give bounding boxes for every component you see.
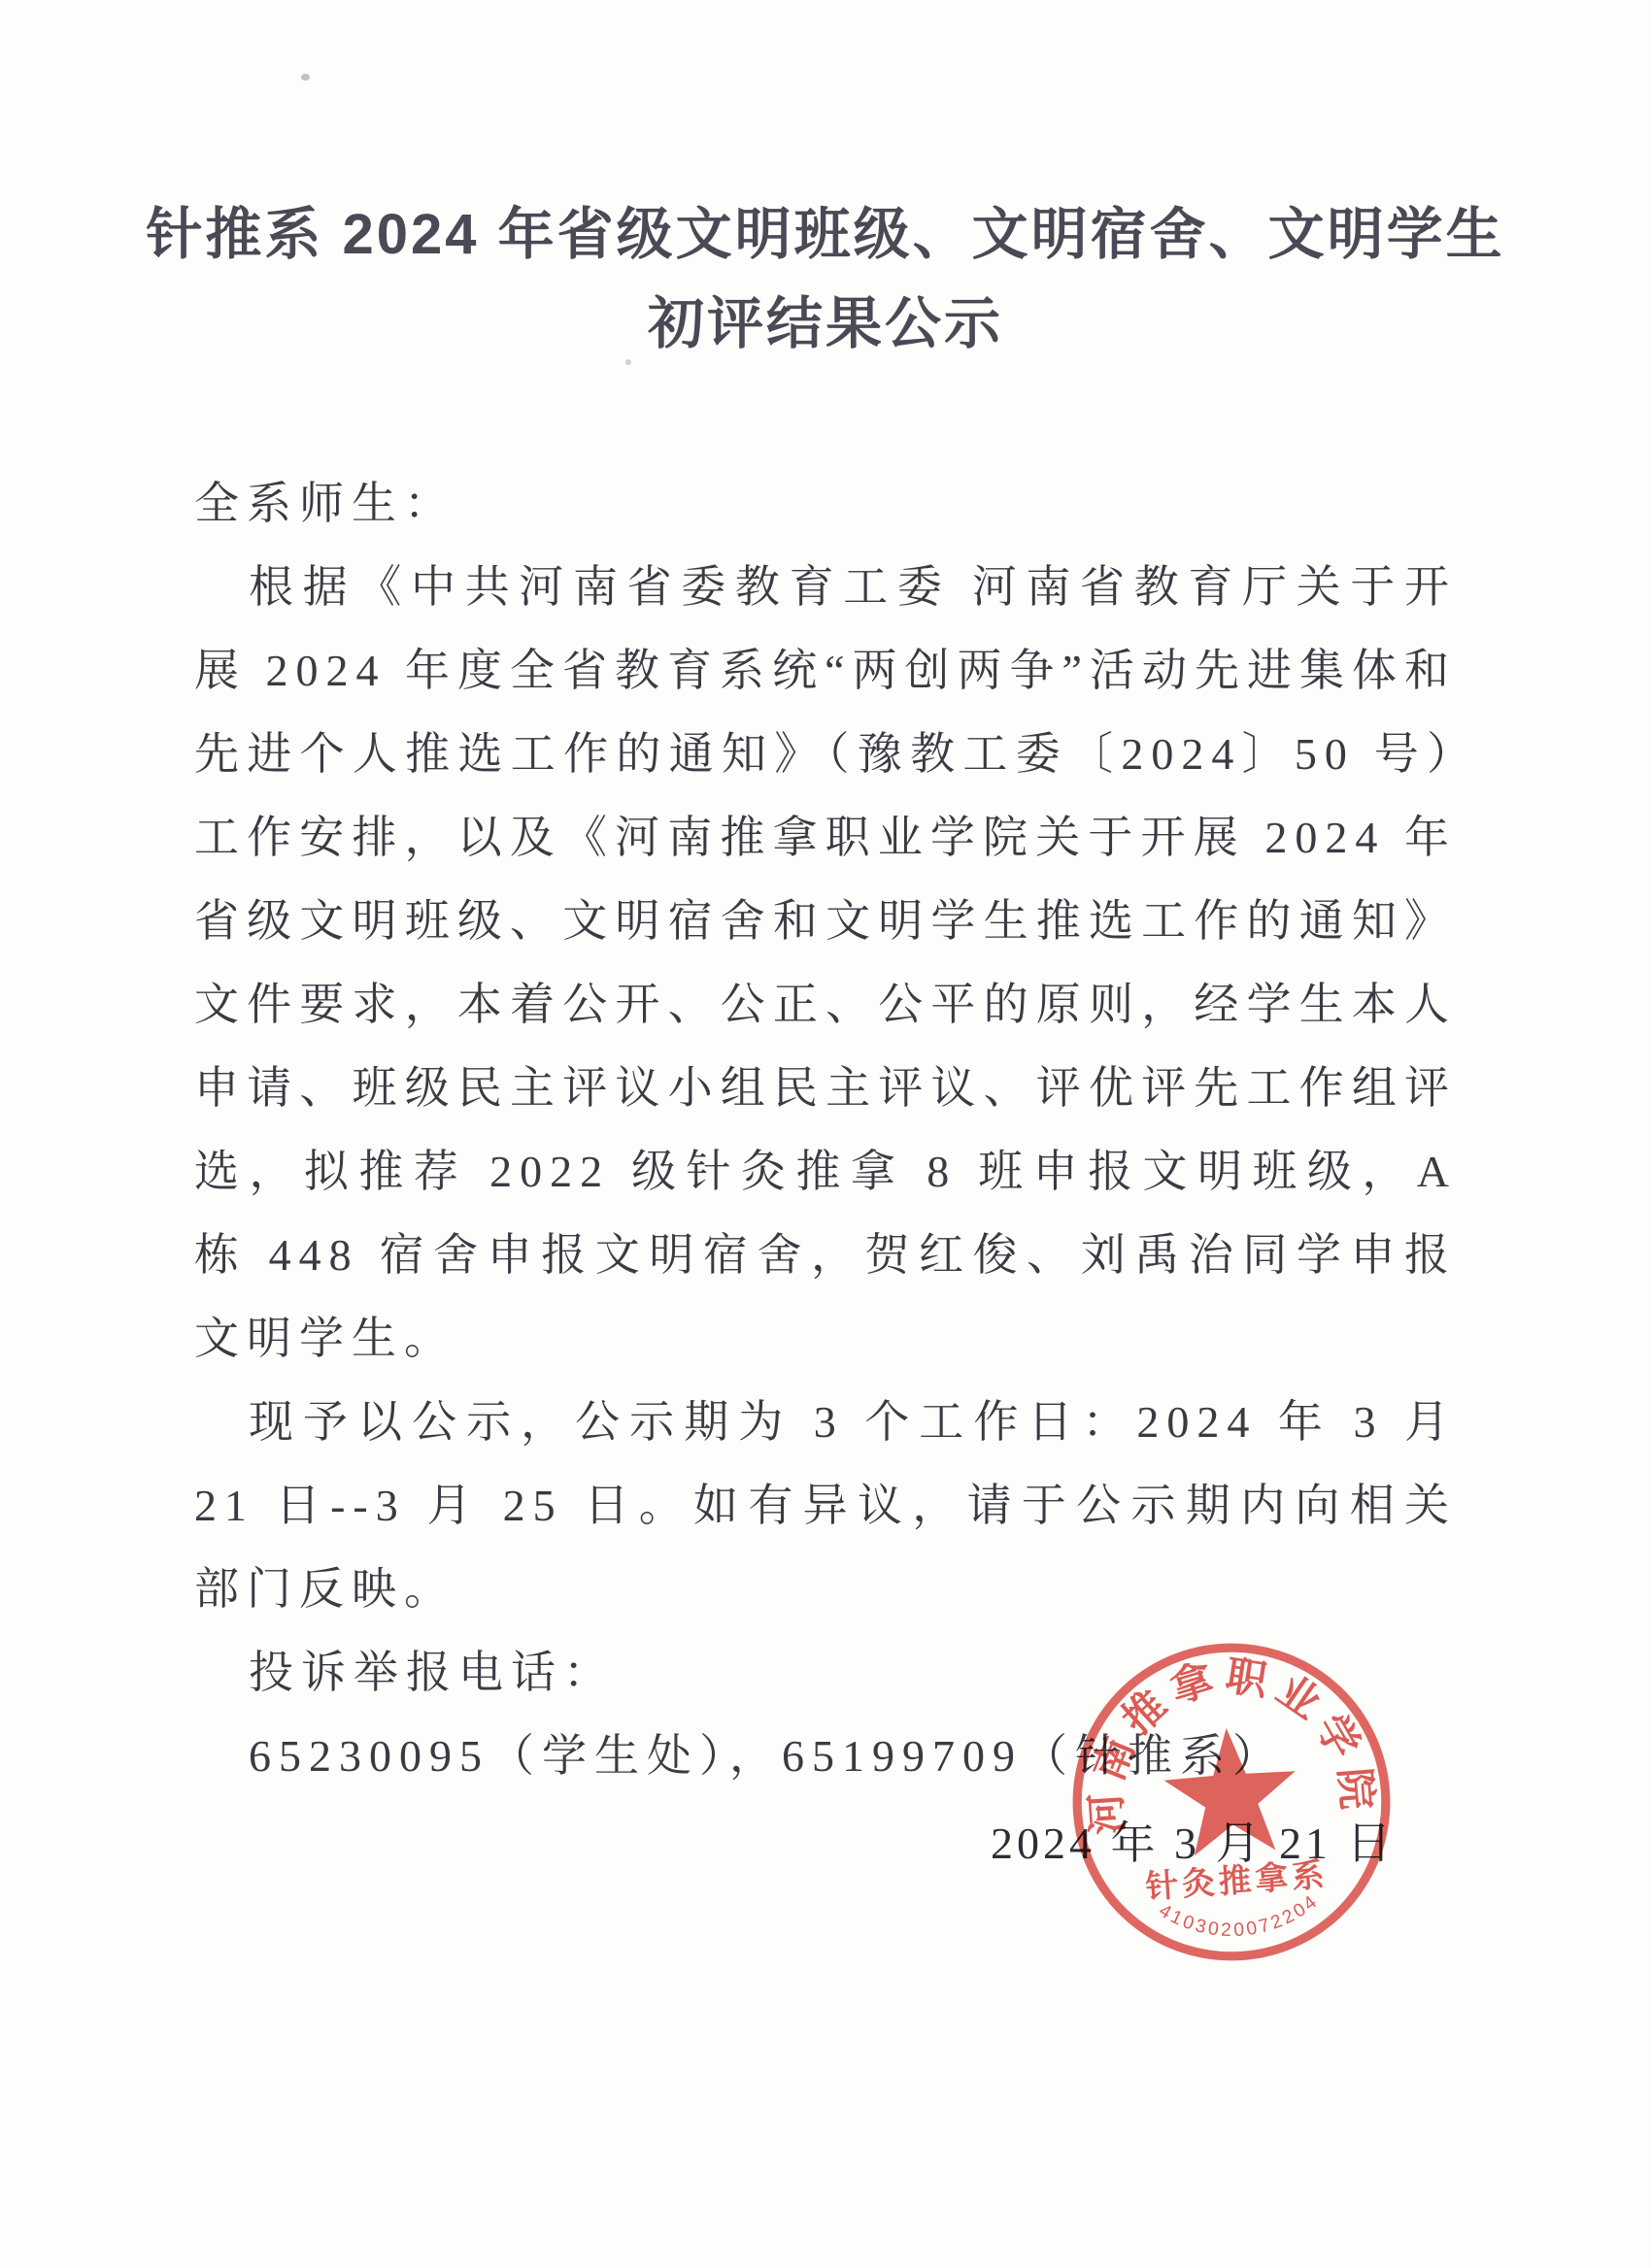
body-paragraph-4: 65230095（学生处），65199709（针推系） xyxy=(194,1715,1457,1798)
title-line-1: 针推系 2024 年省级文明班级、文明宿舍、文明学生 xyxy=(87,190,1564,280)
scan-speck xyxy=(301,74,310,81)
signature-date: 2024 年 3 月 21 日 xyxy=(991,1808,1396,1872)
body-paragraph-2: 现予以公示，公示期为 3 个工作日：2024 年 3 月 21 日--3 月 2… xyxy=(194,1381,1457,1631)
seal-department-text: 针灸推拿系 xyxy=(1144,1856,1329,1906)
salutation: 全系师生： xyxy=(194,462,1457,546)
title-line-2: 初评结果公示 xyxy=(87,280,1564,369)
document-page: 针推系 2024 年省级文明班级、文明宿舍、文明学生 初评结果公示 全系师生： … xyxy=(0,0,1651,2268)
body-paragraph-1: 根据《中共河南省委教育工委 河南省教育厅关于开展 2024 年度全省教育系统“两… xyxy=(194,546,1457,1381)
scan-speck xyxy=(625,359,631,365)
document-title: 针推系 2024 年省级文明班级、文明宿舍、文明学生 初评结果公示 xyxy=(87,190,1564,369)
document-body: 全系师生： 根据《中共河南省委教育工委 河南省教育厅关于开展 2024 年度全省… xyxy=(194,462,1457,1798)
seal-serial-number: 4103020072204 xyxy=(1154,1889,1325,1947)
body-paragraph-3: 投诉举报电话： xyxy=(194,1631,1457,1715)
